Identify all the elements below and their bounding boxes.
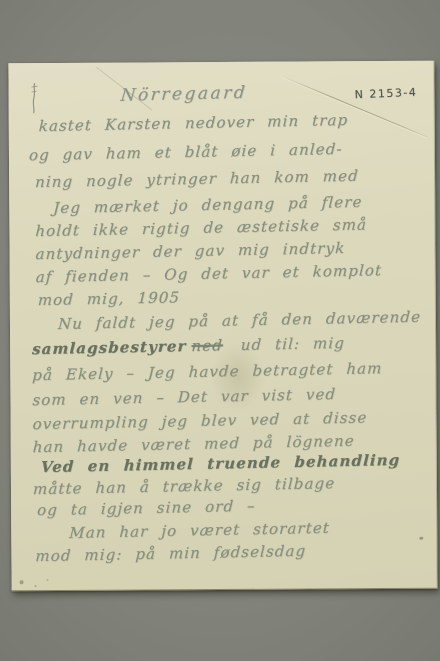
handwriting-line: overrumpling jeg blev ved at disse <box>32 408 368 433</box>
handwriting-line: holdt ikke rigtig de æstetiske små <box>35 215 368 240</box>
handwriting-word: samlagsbestyrer <box>32 337 187 358</box>
handwriting-layer: kastet Karsten nedover min trapog gav ha… <box>8 61 436 591</box>
handwriting-line: ning nogle ytringer han kom med <box>35 167 360 192</box>
handwriting-line: og gav ham et blåt øie i anled- <box>29 140 344 164</box>
scan-background: Nörregaard N 2153-4 kastet Karsten nedov… <box>0 0 440 661</box>
struck-out-word: ned <box>191 336 223 355</box>
handwriting-line: mod mig: på min fødselsdag <box>35 542 307 565</box>
handwriting-line: Nu faldt jeg på at få den daværende <box>58 308 422 333</box>
handwriting-word: ud til: mig <box>227 334 345 354</box>
handwriting-line: samlagsbestyrerned ud til: mig <box>32 334 346 358</box>
handwriting-line: Jeg mærket jo dengang på flere <box>53 193 363 217</box>
handwriting-line: antydninger der gav mig indtryk <box>35 239 346 263</box>
pencil-dot <box>419 537 423 540</box>
handwriting-line: kastet Karsten nedover min trap <box>38 111 348 135</box>
handwriting-line: Man har jo været storartet <box>69 519 331 542</box>
manuscript-paper: Nörregaard N 2153-4 kastet Karsten nedov… <box>8 61 437 592</box>
handwriting-line: måtte han å trække sig tilbage <box>33 474 336 498</box>
handwriting-line: mod mig, 1905 <box>37 288 180 309</box>
handwriting-line: på Ekely – Jeg havde betragtet ham <box>32 359 383 384</box>
handwriting-line: og ta igjen sine ord – <box>37 497 256 519</box>
handwriting-line: som en ven – Det var vist ved <box>32 385 337 409</box>
handwriting-line: af fienden – Og det var et komplot <box>35 261 382 286</box>
